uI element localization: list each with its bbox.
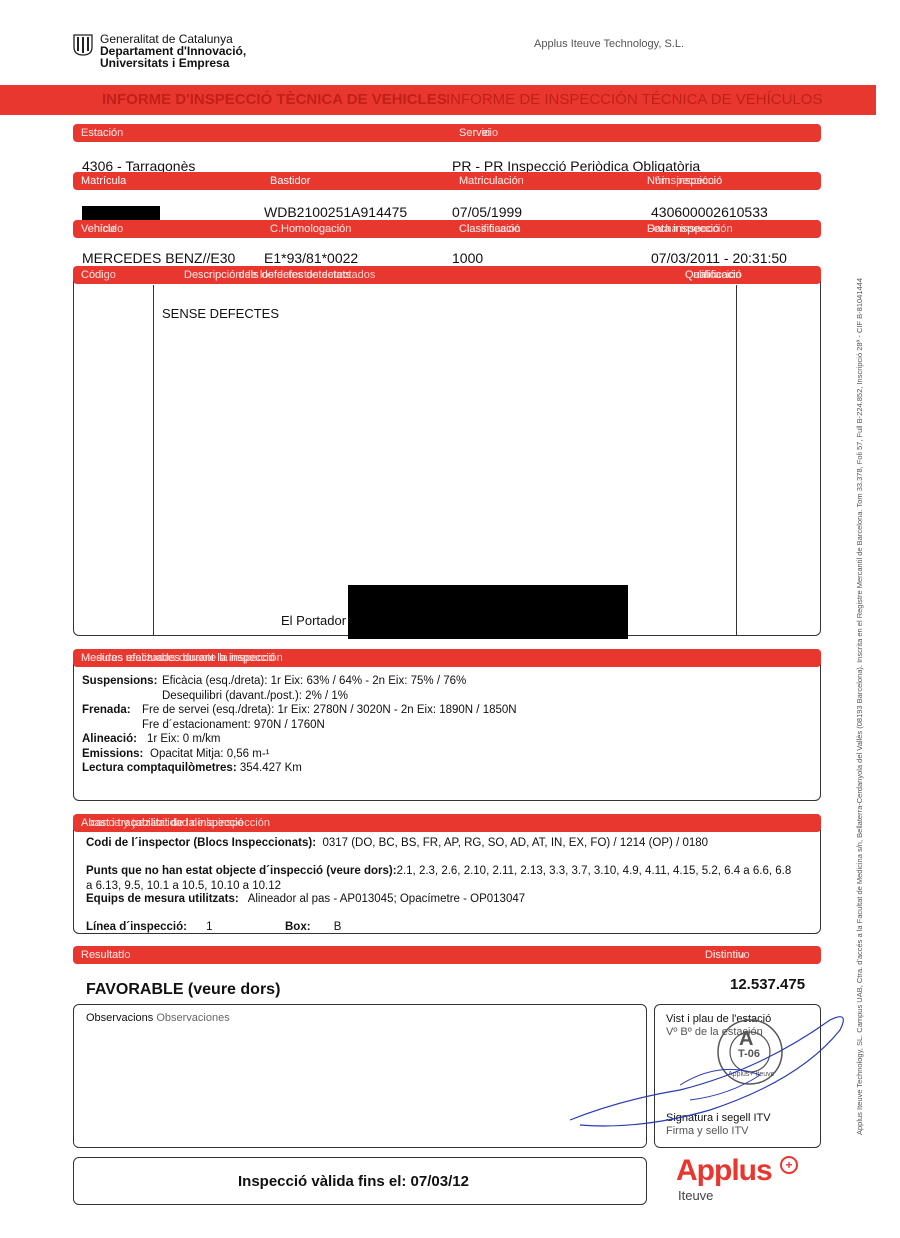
title-spanish: INFORME DE INSPECCIÓN TÉCNICA DE VEHÍCUL… [446,85,822,115]
result-header: Resultat Resultado Distintiu Distintivo [73,946,821,964]
government-name: Generalitat de Catalunya Departament d'I… [100,33,246,69]
gov-line-3: Universitats i Empresa [100,57,246,69]
matricula-label: Matrícula [81,172,126,190]
side-legal-text: Applus Iteuve Technology, SL. Campus UAB… [855,125,864,1135]
row3-header: Vehicle Vehículo C.Homologació C.Homolog… [73,220,821,238]
equipment: Equips de mesura utilitzats: Alineador a… [86,893,525,905]
data-inspeccio-value: 07/03/2011 - 20:31:50 [651,250,787,266]
portador-redacted [348,585,628,639]
bastidor-label: Bastidor [270,172,310,190]
matriculacio-value: 07/05/1999 [452,204,522,220]
box-field: Box: B [285,921,341,933]
company-name: Applus Iteuve Technology, S.L. [534,38,684,50]
generalitat-logo-icon [73,34,93,56]
vehicle-value: MERCEDES BENZ//E30 [82,250,235,266]
title-catalan: INFORME D'INSPECCIÓ TÈCNICA DE VEHICLES [102,85,447,115]
defects-box [73,266,821,636]
measures-header: Mesures efectuades durant la inspecció M… [73,649,821,667]
applus-logo: Applus + Iteuve [676,1154,772,1203]
row2-header: Matrícula Bastidor Matriculació Matricul… [73,172,821,190]
result-value: FAVORABLE (veure dors) [86,981,280,999]
plus-icon: + [780,1156,798,1174]
portador-label: El Portador [281,613,346,628]
report-title-bar: INFORME D'INSPECCIÓ TÈCNICA DE VEHICLES … [0,85,876,115]
row1-header: Estació Estación Servei Servicio [73,124,821,142]
measures-content: Suspensions:Eficàcia (esq./dreta): 1r Ei… [82,674,517,776]
homologacio-value: E1*93/81*0022 [264,250,358,266]
observations-label: Observacions Observaciones [86,1012,230,1024]
defects-header: Codi Código Descripció dels defectes det… [73,266,821,284]
signature-scribble-icon [560,1000,860,1140]
inspection-line: Línea d´inspecció: 1 [86,921,213,933]
defects-text: SENSE DEFECTES [162,306,279,321]
inspector-code: Codi de l´inspector (Blocs Inspeccionats… [86,837,708,849]
distintiu-value: 12.537.475 [730,976,805,993]
classificacio-value: 1000 [452,250,483,266]
bastidor-value: WDB2100251A914475 [264,204,407,220]
num-inspeccio-value: 430600002610533 [651,204,768,220]
uninspected-points: Punts que no han estat objecte d´inspecc… [86,864,816,894]
scope-header: Abast i traçabilitat de la inspecció Alc… [73,814,821,832]
validity-text: Inspecció vàlida fins el: 07/03/12 [238,1173,469,1190]
